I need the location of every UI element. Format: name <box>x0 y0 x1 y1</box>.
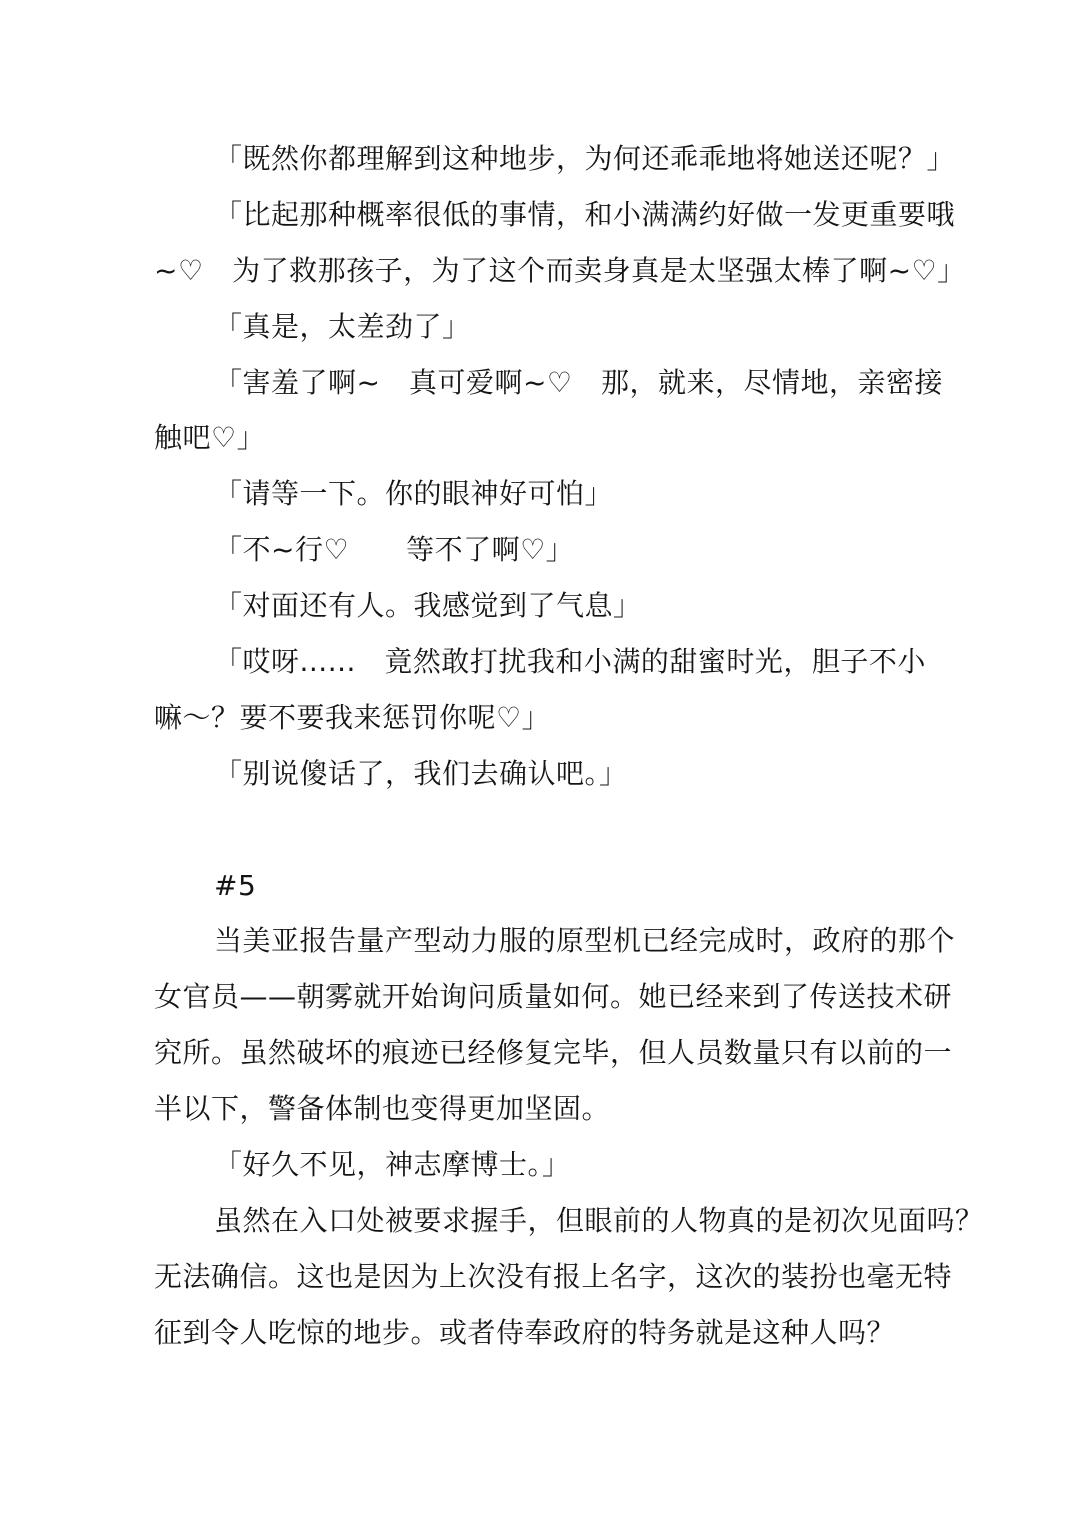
dialogue-line: 「对面还有人。我感觉到了气息」 <box>154 578 922 634</box>
document-page: 「既然你都理解到这种地步，为何还乖乖地将她送还呢？」 「比起那种概率很低的事情，… <box>0 0 1080 1527</box>
section-marker: #5 <box>154 858 922 914</box>
narration-line: 究所。虽然破坏的痕迹已经修复完毕，但人员数量只有以前的一 <box>154 1025 922 1081</box>
dialogue-line: 「既然你都理解到这种地步，为何还乖乖地将她送还呢？」 <box>154 131 922 187</box>
narration-line: 当美亚报告量产型动力服的原型机已经完成时，政府的那个 <box>154 913 922 969</box>
dialogue-line: ~♡ 为了救那孩子，为了这个而卖身真是太坚强太棒了啊~♡」 <box>154 243 922 299</box>
dialogue-line: 「好久不见，神志摩博士。」 <box>154 1137 922 1193</box>
dialogue-line: 「不~行♡ 等不了啊♡」 <box>154 522 922 578</box>
dialogue-line: 触吧♡」 <box>154 410 922 466</box>
narration-line: 征到令人吃惊的地步。或者侍奉政府的特务就是这种人吗？ <box>154 1305 922 1361</box>
dialogue-line: 「真是，太差劲了」 <box>154 299 922 355</box>
narration-line: 无法确信。这也是因为上次没有报上名字，这次的装扮也毫无特 <box>154 1249 922 1305</box>
narration-line: 女官员——朝雾就开始询问质量如何。她已经来到了传送技术研 <box>154 969 922 1025</box>
blank-line <box>154 802 922 858</box>
narration-line: 虽然在入口处被要求握手，但眼前的人物真的是初次见面吗？ <box>154 1193 922 1249</box>
dialogue-line: 嘛～？要不要我来惩罚你呢♡」 <box>154 690 922 746</box>
dialogue-line: 「哎呀...... 竟然敢打扰我和小满的甜蜜时光，胆子不小 <box>154 634 922 690</box>
narration-line: 半以下，警备体制也变得更加坚固。 <box>154 1081 922 1137</box>
dialogue-line: 「别说傻话了，我们去确认吧。」 <box>154 746 922 802</box>
text-column: 「既然你都理解到这种地步，为何还乖乖地将她送还呢？」 「比起那种概率很低的事情，… <box>154 131 922 1361</box>
dialogue-line: 「害羞了啊~ 真可爱啊~♡ 那，就来，尽情地，亲密接 <box>154 355 922 411</box>
dialogue-line: 「请等一下。你的眼神好可怕」 <box>154 466 922 522</box>
dialogue-line: 「比起那种概率很低的事情，和小满满约好做一发更重要哦 <box>154 187 922 243</box>
